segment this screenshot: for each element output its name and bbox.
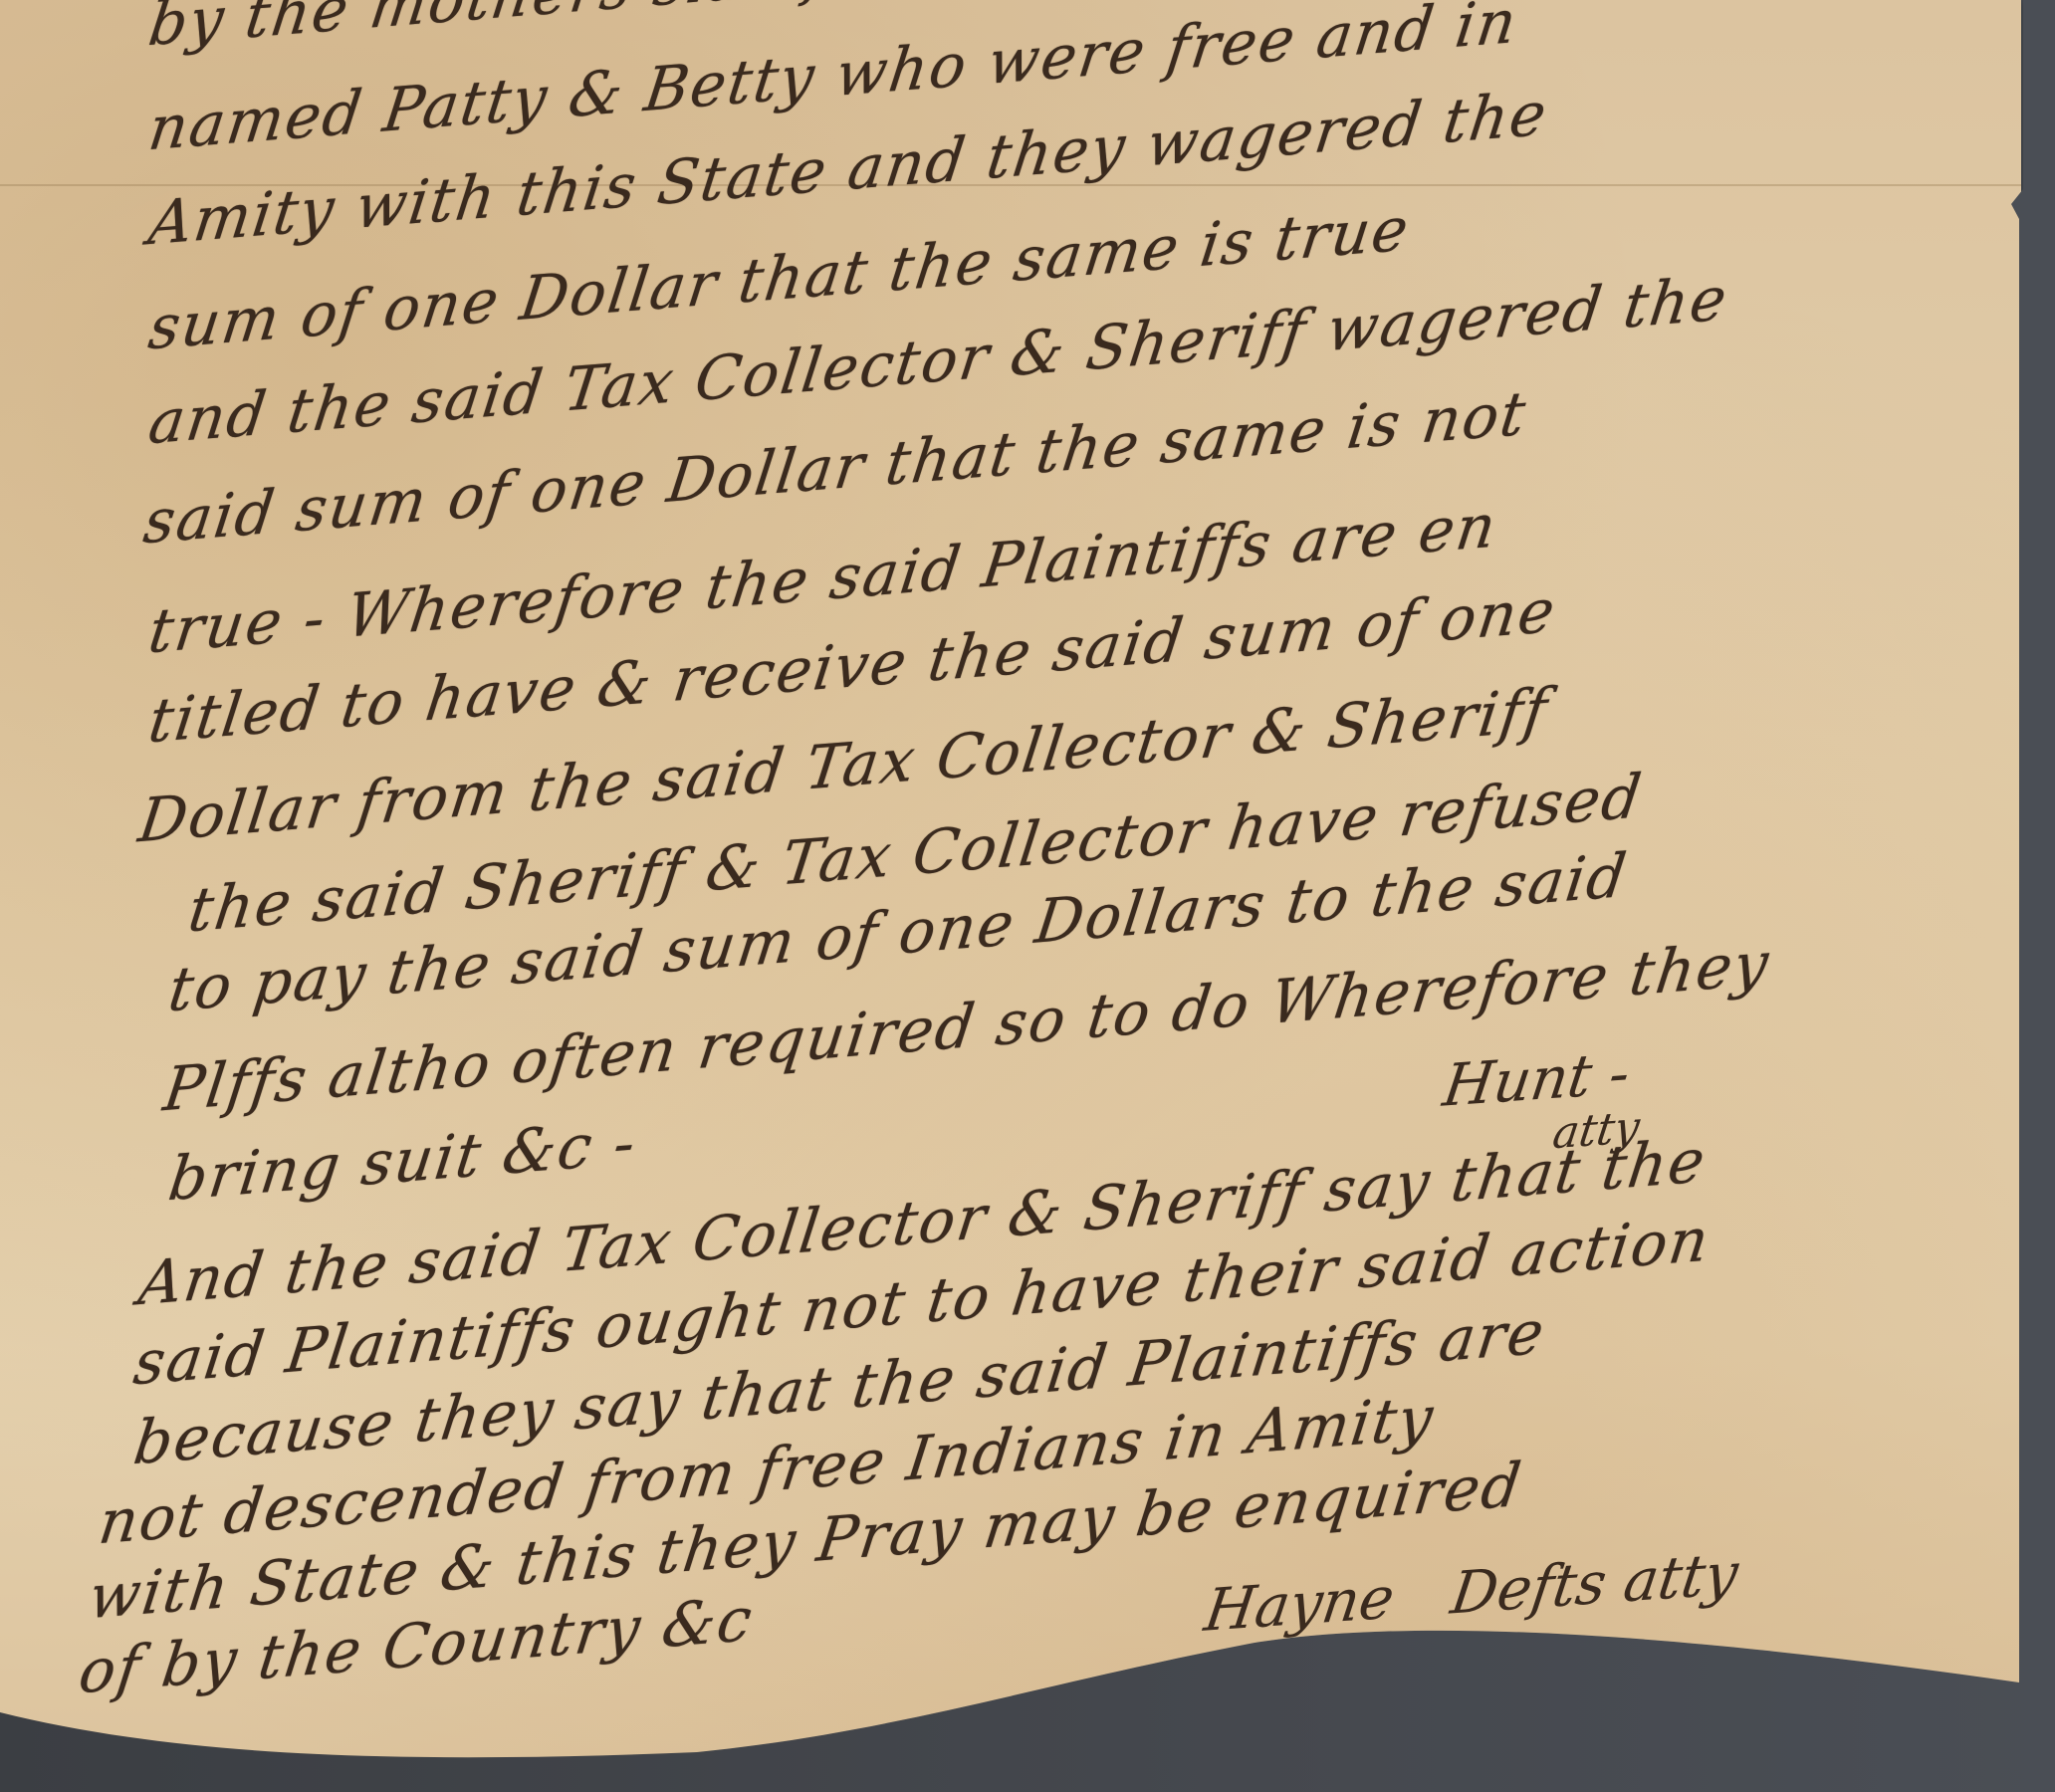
attorney-signature-hayne: Hayne Defts atty — [1201, 1539, 1742, 1645]
signature-role: Defts atty — [1447, 1539, 1742, 1628]
text-line: bring suit &c - — [164, 1108, 640, 1216]
manuscript-text: by the mothers side from named Patty & B… — [0, 0, 2021, 1792]
signature-name: Hayne — [1201, 1563, 1399, 1645]
